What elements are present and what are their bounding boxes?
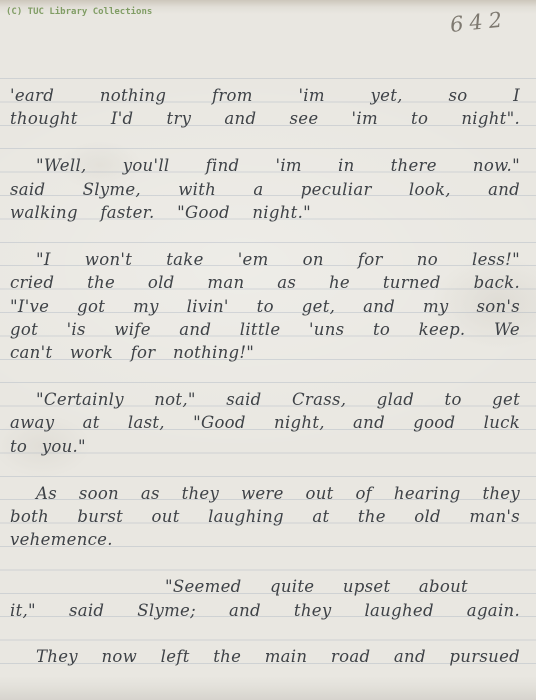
manuscript-paragraph: "Well, you'll find 'im in there now." sa…	[10, 154, 520, 224]
manuscript-line: both burst out laughing at the old man's	[10, 505, 520, 528]
manuscript-line: "Certainly not," said Crass, glad to get	[10, 388, 520, 411]
manuscript-line: "Seemed quite upset about	[165, 575, 468, 598]
manuscript-line: vehemence.	[10, 528, 520, 551]
manuscript-line: "I won't take 'em on for no less!"	[10, 248, 520, 271]
manuscript-paragraph: "Certainly not," said Crass, glad to get…	[10, 388, 520, 458]
manuscript-line: 'eard nothing from 'im yet, so I	[10, 84, 520, 107]
manuscript-paragraph: 'eard nothing from 'im yet, so I thought…	[10, 84, 520, 131]
manuscript-paragraph: "Seemed quite upset about it," said Slym…	[10, 575, 520, 622]
manuscript-line: can't work for nothing!"	[10, 341, 520, 364]
manuscript-paragraph: As soon as they were out of hearing they…	[10, 482, 520, 552]
manuscript-line: said Slyme, with a peculiar look, and	[10, 178, 520, 201]
manuscript-line: thought I'd try and see 'im to night".	[10, 107, 520, 130]
manuscript-paragraph: "I won't take 'em on for no less!" cried…	[10, 248, 520, 365]
manuscript-line: "Well, you'll find 'im in there now."	[10, 154, 520, 177]
manuscript-line: got 'is wife and little 'uns to keep. We	[10, 318, 520, 341]
manuscript-text: 'eard nothing from 'im yet, so I thought…	[10, 84, 520, 692]
manuscript-page: (C) TUC Library Collections 642 'eard no…	[0, 0, 536, 700]
manuscript-line: cried the old man as he turned back.	[10, 271, 520, 294]
manuscript-line: They now left the main road and pursued	[10, 645, 520, 668]
manuscript-line: to you."	[10, 435, 520, 458]
copyright-watermark: (C) TUC Library Collections	[6, 7, 152, 17]
manuscript-line: away at last, "Good night, and good luck	[10, 411, 520, 434]
manuscript-line: As soon as they were out of hearing they	[10, 482, 520, 505]
manuscript-line: "I've got my livin' to get, and my son's	[10, 295, 520, 318]
manuscript-line: it," said Slyme; and they laughed again.	[10, 599, 520, 622]
manuscript-line: walking faster. "Good night."	[10, 201, 520, 224]
page-number: 642	[449, 7, 509, 37]
manuscript-paragraph: They now left the main road and pursued	[10, 645, 520, 668]
